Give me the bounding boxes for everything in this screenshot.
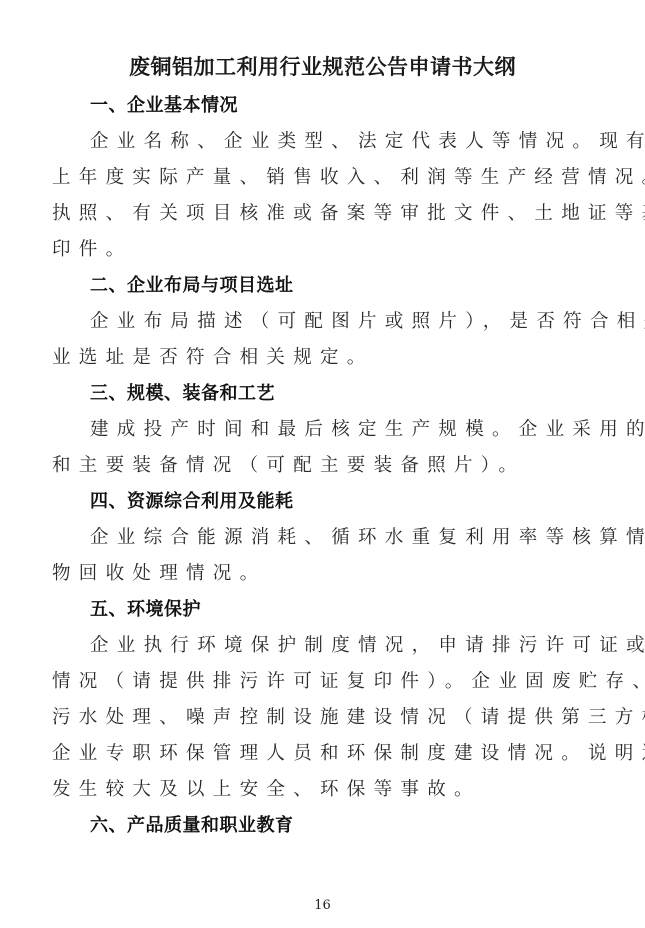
paragraph-line: 企业执行环境保护制度情况，申请排污许可证或排污登记	[52, 628, 584, 664]
paragraph-line: 企业布局描述（可配图片或照片），是否符合相关规划。企	[52, 304, 584, 340]
paragraph-line: 企业名称、企业类型、法定代表人等情况。现有生产能力、	[52, 124, 584, 160]
paragraph-line: 企业专职环保管理人员和环保制度建设情况。说明近两年是否	[52, 736, 584, 772]
section-heading: 三、规模、装备和工艺	[52, 376, 584, 412]
section-heading: 五、环境保护	[52, 592, 584, 628]
section-paragraph: 建成投产时间和最后核定生产规模。企业采用的生产工艺 和主要装备情况（可配主要装备…	[52, 412, 584, 484]
document-body: 一、企业基本情况 企业名称、企业类型、法定代表人等情况。现有生产能力、 上年度实…	[52, 88, 584, 844]
section-paragraph: 企业执行环境保护制度情况，申请排污许可证或排污登记 情况（请提供排污许可证复印件…	[52, 628, 584, 808]
section-resource-utilization-energy: 四、资源综合利用及能耗 企业综合能源消耗、循环水重复利用率等核算情况，夹杂 物回…	[52, 484, 584, 592]
paragraph-line: 建成投产时间和最后核定生产规模。企业采用的生产工艺	[52, 412, 584, 448]
section-layout-and-site-selection: 二、企业布局与项目选址 企业布局描述（可配图片或照片），是否符合相关规划。企 业…	[52, 268, 584, 376]
section-heading: 四、资源综合利用及能耗	[52, 484, 584, 520]
paragraph-line: 执照、有关项目核准或备案等审批文件、土地证等基本证件复	[52, 196, 584, 232]
document-title: 废铜铝加工利用行业规范公告申请书大纲	[0, 52, 645, 82]
paragraph-line: 印件。	[52, 232, 584, 268]
section-environmental-protection: 五、环境保护 企业执行环境保护制度情况，申请排污许可证或排污登记 情况（请提供排…	[52, 592, 584, 808]
paragraph-line: 和主要装备情况（可配主要装备照片）。	[52, 448, 584, 484]
section-heading: 六、产品质量和职业教育	[52, 808, 584, 844]
section-paragraph: 企业名称、企业类型、法定代表人等情况。现有生产能力、 上年度实际产量、销售收入、…	[52, 124, 584, 268]
section-heading: 二、企业布局与项目选址	[52, 268, 584, 304]
section-product-quality-vocational-education: 六、产品质量和职业教育	[52, 808, 584, 844]
section-enterprise-basic-info: 一、企业基本情况 企业名称、企业类型、法定代表人等情况。现有生产能力、 上年度实…	[52, 88, 584, 268]
section-heading: 一、企业基本情况	[52, 88, 584, 124]
paragraph-line: 污水处理、噪声控制设施建设情况（请提供第三方检测报告）。	[52, 700, 584, 736]
section-paragraph: 企业布局描述（可配图片或照片），是否符合相关规划。企 业选址是否符合相关规定。	[52, 304, 584, 376]
section-paragraph: 企业综合能源消耗、循环水重复利用率等核算情况，夹杂 物回收处理情况。	[52, 520, 584, 592]
paragraph-line: 业选址是否符合相关规定。	[52, 340, 584, 376]
document-page: 废铜铝加工利用行业规范公告申请书大纲 一、企业基本情况 企业名称、企业类型、法定…	[0, 0, 645, 928]
paragraph-line: 发生较大及以上安全、环保等事故。	[52, 772, 584, 808]
section-scale-equipment-process: 三、规模、装备和工艺 建成投产时间和最后核定生产规模。企业采用的生产工艺 和主要…	[52, 376, 584, 484]
paragraph-line: 物回收处理情况。	[52, 556, 584, 592]
paragraph-line: 情况（请提供排污许可证复印件）。企业固废贮存、粉尘收集、	[52, 664, 584, 700]
paragraph-line: 上年度实际产量、销售收入、利润等生产经营情况。请附营业	[52, 160, 584, 196]
page-number: 16	[0, 898, 645, 914]
paragraph-line: 企业综合能源消耗、循环水重复利用率等核算情况，夹杂	[52, 520, 584, 556]
